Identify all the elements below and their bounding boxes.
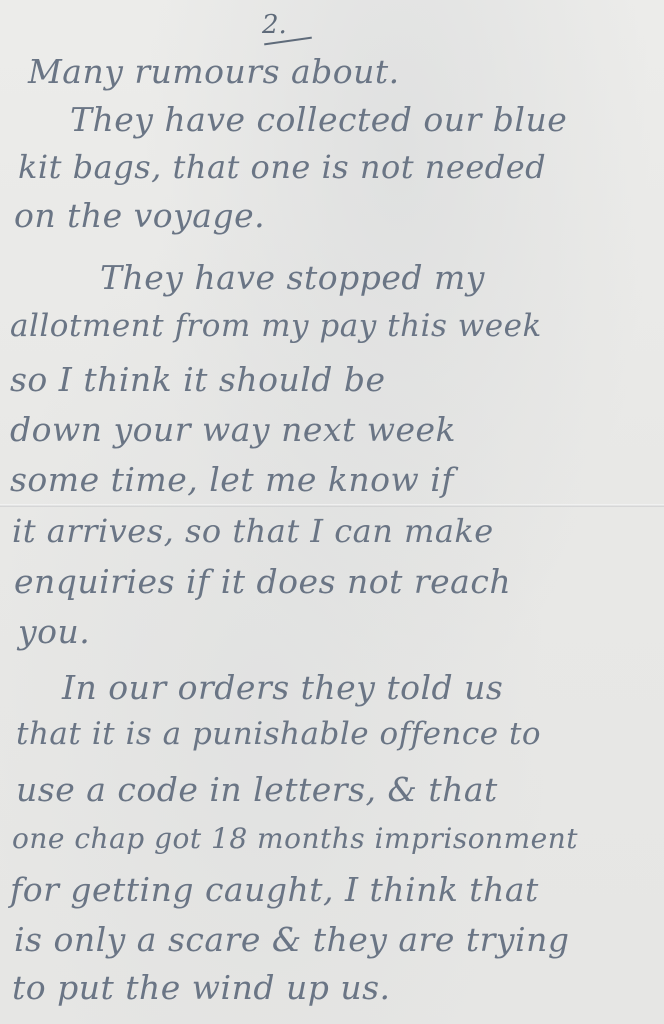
- letter-line: some time, let me know if: [10, 460, 454, 499]
- letter-line: They have stopped my: [100, 258, 485, 297]
- letter-page: 2. Many rumours about. They have collect…: [0, 0, 664, 1024]
- letter-line: to put the wind up us.: [12, 968, 391, 1007]
- letter-line: one chap got 18 months imprisonment: [12, 822, 578, 855]
- letter-line: so I think it should be: [10, 360, 386, 399]
- paper-fold-crease: [0, 504, 664, 507]
- letter-line: kit bags, that one is not needed: [18, 148, 546, 186]
- letter-line: for getting caught, I think that: [10, 870, 539, 909]
- letter-line: They have collected our blue: [70, 100, 567, 139]
- letter-line: you.: [18, 612, 90, 651]
- letter-line: Many rumours about.: [28, 52, 400, 91]
- letter-line: In our orders they told us: [62, 668, 503, 707]
- letter-line: it arrives, so that I can make: [12, 512, 494, 550]
- letter-line: use a code in letters, & that: [16, 770, 498, 809]
- letter-line: on the voyage.: [14, 196, 265, 235]
- letter-line: down your way next week: [10, 410, 456, 449]
- letter-line: that it is a punishable offence to: [16, 716, 541, 752]
- letter-line: enquiries if it does not reach: [14, 562, 511, 601]
- page-number: 2.: [262, 10, 287, 40]
- letter-line: allotment from my pay this week: [10, 308, 542, 344]
- letter-line: is only a scare & they are trying: [14, 920, 569, 959]
